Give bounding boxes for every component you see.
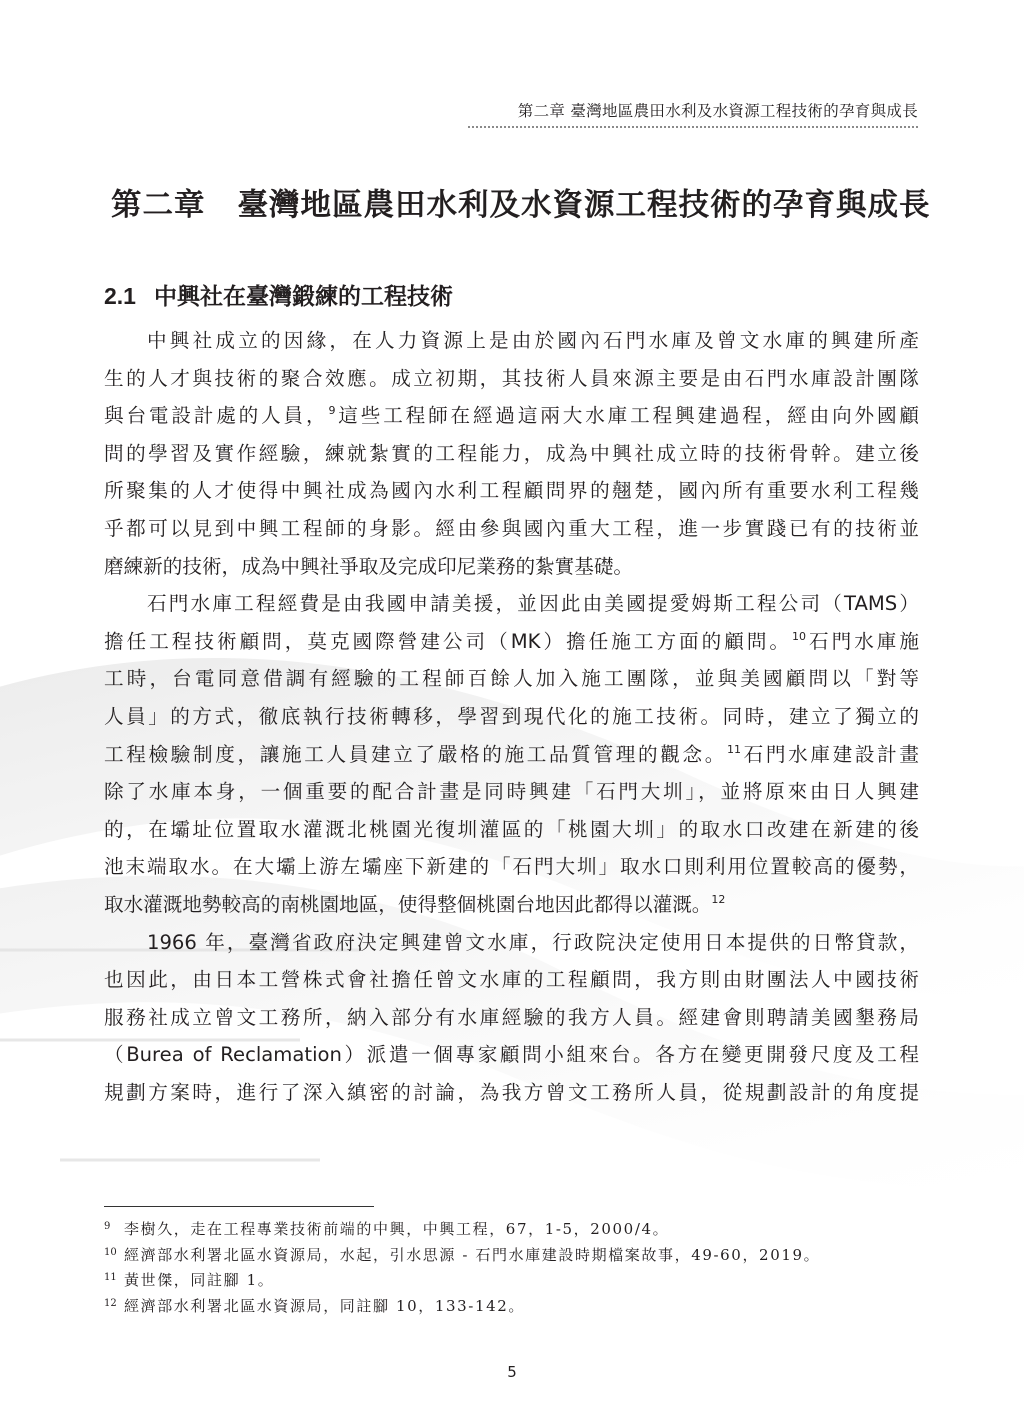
chapter-title-text: 臺灣地區農田水利及水資源工程技術的孕育與成長 [238,188,931,222]
text-line: 工時，台電同意借調有經驗的工程師百餘人加入施工團隊，並與美國顧問以「對等 [104,660,919,698]
footnote-text: 李樹久，走在工程專業技術前端的中興，中興工程，67，1-5，2000/4。 [124,1220,669,1238]
footnote-number: 9 [104,1214,124,1240]
section-title-text: 中興社在臺灣鍛練的工程技術 [154,283,453,309]
footnote-ref[interactable]: 10 [792,630,806,643]
paragraph: 中興社成立的因緣，在人力資源上是由於國內石門水庫及曾文水庫的興建所產 生的人才與… [104,322,919,585]
text-line: 磨練新的技術，成為中興社爭取及完成印尼業務的紮實基礎。 [104,548,919,586]
body-text: 中興社成立的因緣，在人力資源上是由於國內石門水庫及曾文水庫的興建所產 生的人才與… [104,322,919,1111]
paragraph: 石門水庫工程經費是由我國申請美援，並因此由美國提愛姆斯工程公司（TAMS） 擔任… [104,585,919,923]
text-line: 1966 年，臺灣省政府決定興建曾文水庫，行政院決定使用日本提供的日幣貸款， [104,924,919,962]
text-line: 池末端取水。在大壩上游左壩座下新建的「石門大圳」取水口則利用位置較高的優勢， [104,848,919,886]
chapter-title: 第二章臺灣地區農田水利及水資源工程技術的孕育與成長 [111,180,931,224]
running-header-dotted-rule [468,126,918,128]
running-header: 第二章 臺灣地區農田水利及水資源工程技術的孕育與成長 [466,99,918,121]
footnote-number: 12 [104,1291,124,1317]
text-line: 也因此，由日本工營株式會社擔任曾文水庫的工程顧問，我方則由財團法人中國技術 [104,961,919,999]
text-line: 中興社成立的因緣，在人力資源上是由於國內石門水庫及曾文水庫的興建所產 [104,322,919,360]
footnote-text: 經濟部水利署北區水資源局，水起，引水思源 - 石門水庫建設時期檔案故事，49-6… [124,1246,820,1264]
footnote-ref[interactable]: 12 [711,893,725,906]
text-fragment: 石門水庫施 [806,630,919,653]
footnote-text: 黃世傑，同註腳 1。 [124,1271,274,1289]
text-line: 工程檢驗制度，讓施工人員建立了嚴格的施工品質管理的觀念。11石門水庫建設計畫 [104,736,919,774]
text-fragment: 石門水庫建設計畫 [741,743,919,766]
text-line: 所聚集的人才使得中興社成為國內水利工程顧問界的翹楚，國內所有重要水利工程幾 [104,472,919,510]
text-line: 人員」的方式，徹底執行技術轉移，學習到現代化的施工技術。同時，建立了獨立的 [104,698,919,736]
footnote-text: 經濟部水利署北區水資源局，同註腳 10，133-142。 [124,1297,525,1315]
text-line: 擔任工程技術顧問，莫克國際營建公司（MK）擔任施工方面的顧問。10石門水庫施 [104,623,919,661]
text-line: 生的人才與技術的聚合效應。成立初期，其技術人員來源主要是由石門水庫設計團隊 [104,360,919,398]
text-line: 取水灌溉地勢較高的南桃園地區，使得整個桃園台地因此都得以灌溉。12 [104,886,919,924]
footnote-separator [104,1206,374,1207]
footnote-item: 11黃世傑，同註腳 1。 [104,1265,924,1291]
text-line: （Burea of Reclamation）派遣一個專家顧問小組來台。各方在變更… [104,1036,919,1074]
text-line: 服務社成立曾文工務所，納入部分有水庫經驗的我方人員。經建會則聘請美國墾務局 [104,999,919,1037]
footnote-item: 12經濟部水利署北區水資源局，同註腳 10，133-142。 [104,1291,924,1317]
text-fragment: 擔任工程技術顧問，莫克國際營建公司（MK）擔任施工方面的顧問。 [104,630,792,653]
chapter-label: 第二章 [111,188,206,222]
paragraph: 1966 年，臺灣省政府決定興建曾文水庫，行政院決定使用日本提供的日幣貸款， 也… [104,924,919,1112]
text-line: 規劃方案時，進行了深入縝密的討論，為我方曾文工務所人員，從規劃設計的角度提 [104,1074,919,1112]
footnote-ref[interactable]: 11 [727,743,741,756]
text-line: 問的學習及實作經驗，練就紮實的工程能力，成為中興社成立時的技術骨幹。建立後 [104,435,919,473]
footnote-item: 10經濟部水利署北區水資源局，水起，引水思源 - 石門水庫建設時期檔案故事，49… [104,1240,924,1266]
footnote-number: 10 [104,1240,124,1266]
text-fragment: 這些工程師在經過這兩大水庫工程興建過程，經由向外國顧 [335,404,919,427]
footnotes: 9李樹久，走在工程專業技術前端的中興，中興工程，67，1-5，2000/4。 1… [104,1214,924,1316]
footnote-item: 9李樹久，走在工程專業技術前端的中興，中興工程，67，1-5，2000/4。 [104,1214,924,1240]
text-line: 的，在壩址位置取水灌溉北桃園光復圳灌區的「桃園大圳」的取水口改建在新建的後 [104,811,919,849]
text-fragment: 工程檢驗制度，讓施工人員建立了嚴格的施工品質管理的觀念。 [104,743,727,766]
text-line: 石門水庫工程經費是由我國申請美援，並因此由美國提愛姆斯工程公司（TAMS） [104,585,919,623]
section-heading: 2.1中興社在臺灣鍛練的工程技術 [104,278,453,311]
text-line: 與台電設計處的人員，9這些工程師在經過這兩大水庫工程興建過程，經由向外國顧 [104,397,919,435]
section-number: 2.1 [104,283,136,309]
footnote-number: 11 [104,1265,124,1291]
text-line: 乎都可以見到中興工程師的身影。經由參與國內重大工程，進一步實踐已有的技術並 [104,510,919,548]
document-page: 第二章 臺灣地區農田水利及水資源工程技術的孕育與成長 第二章臺灣地區農田水利及水… [0,0,1024,1423]
text-fragment: 取水灌溉地勢較高的南桃園地區，使得整個桃園台地因此都得以灌溉。 [104,893,711,916]
text-fragment: 與台電設計處的人員， [104,404,328,427]
page-number: 5 [0,1363,1024,1381]
text-line: 除了水庫本身，一個重要的配合計畫是同時興建「石門大圳」，並將原來由日人興建 [104,773,919,811]
